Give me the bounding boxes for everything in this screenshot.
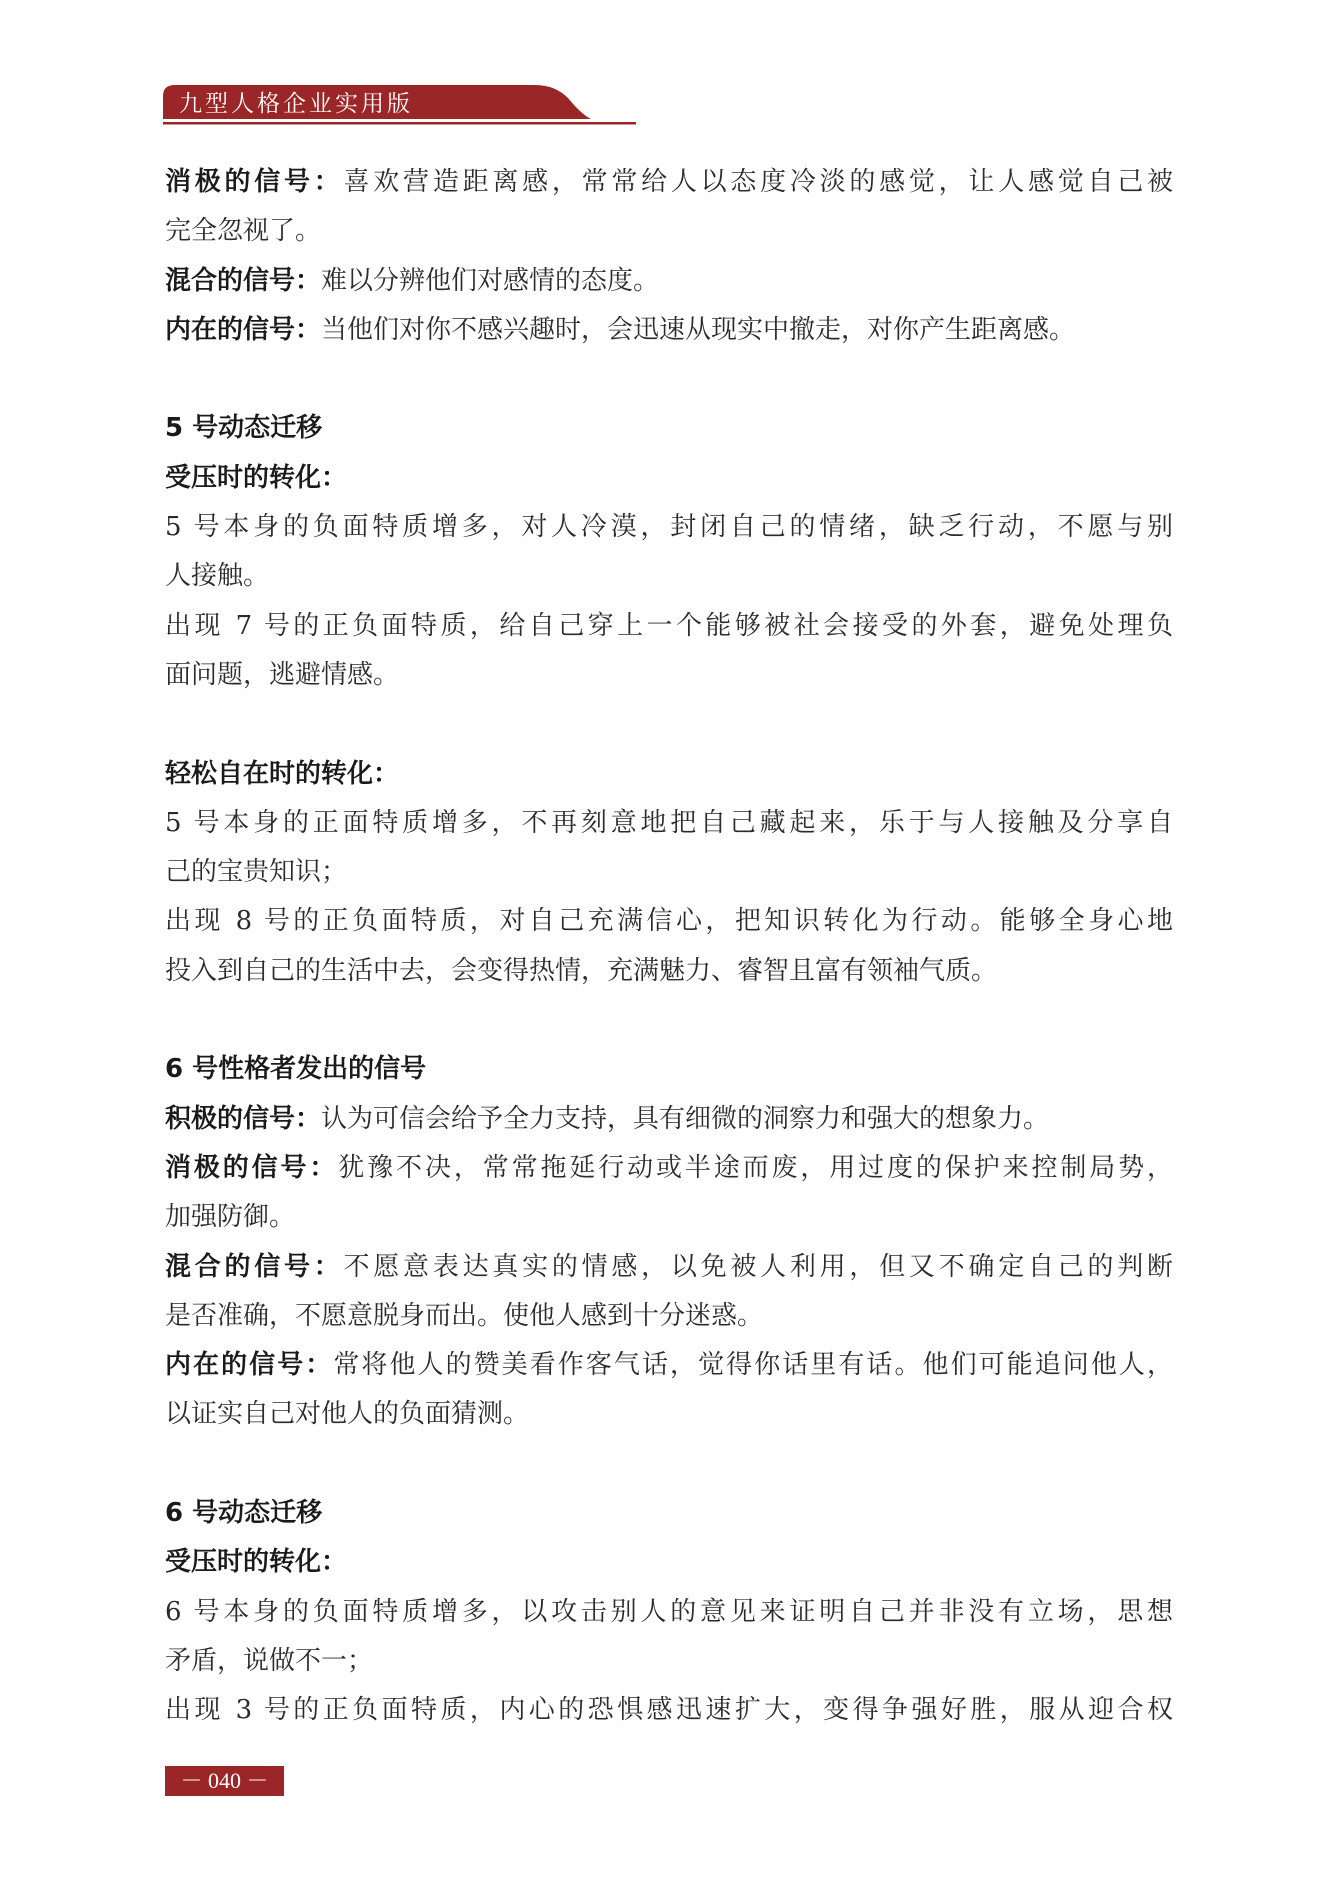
page-body: 消极的信号：喜欢营造距离感，常常给人以态度冷淡的感觉，让人感觉自己被完全忽视了。…: [165, 158, 1173, 1736]
section-heading: 6 号动态迁移: [165, 1489, 1173, 1538]
body-line: 出现 3 号的正负面特质，内心的恐惧感迅速扩大，变得争强好胜，服从迎合权: [165, 1686, 1173, 1735]
body-line: 消极的信号：喜欢营造距离感，常常给人以态度冷淡的感觉，让人感觉自己被: [165, 158, 1173, 207]
body-line: 人接触。: [165, 552, 1173, 601]
section-heading: 轻松自在时的转化：: [165, 750, 1173, 799]
blank-line: [165, 355, 1173, 404]
body-text: 加强防御。: [165, 1202, 295, 1232]
body-line: 己的宝贵知识；: [165, 848, 1173, 897]
body-line: 积极的信号：认为可信会给予全力支持，具有细微的洞察力和强大的想象力。: [165, 1095, 1173, 1144]
body-text: 是否准确，不愿意脱身而出。使他人感到十分迷惑。: [165, 1301, 763, 1331]
body-text: 6 号本身的负面特质增多，以攻击别人的意见来证明自己并非没有立场，思想: [165, 1597, 1173, 1627]
body-text: 喜欢营造距离感，常常给人以态度冷淡的感觉，让人感觉自己被: [344, 167, 1173, 197]
body-line: 5 号本身的正面特质增多，不再刻意地把自己藏起来，乐于与人接触及分享自: [165, 799, 1173, 848]
body-text: 常将他人的赞美看作客气话，觉得你话里有话。他们可能追问他人，: [333, 1350, 1173, 1380]
heading-text: 轻松自在时的转化：: [165, 759, 399, 789]
section-heading: 受压时的转化：: [165, 454, 1173, 503]
blank-line: [165, 1440, 1173, 1489]
body-line: 内在的信号：当他们对你不感兴趣时，会迅速从现实中撤走，对你产生距离感。: [165, 306, 1173, 355]
body-text: 投入到自己的生活中去，会变得热情，充满魅力、睿智且富有领袖气质。: [165, 956, 997, 986]
heading-text: 受压时的转化：: [165, 1547, 347, 1577]
body-text: 难以分辨他们对感情的态度。: [321, 266, 659, 296]
body-text: 不愿意表达真实的情感，以免被人利用，但又不确定自己的判断: [344, 1252, 1173, 1282]
body-text: 矛盾，说做不一；: [165, 1646, 373, 1676]
heading-text: 受压时的转化：: [165, 463, 347, 493]
body-line: 混合的信号：难以分辨他们对感情的态度。: [165, 257, 1173, 306]
body-line: 投入到自己的生活中去，会变得热情，充满魅力、睿智且富有领袖气质。: [165, 947, 1173, 996]
signal-label: 消极的信号：: [165, 1153, 338, 1183]
section-heading: 6 号性格者发出的信号: [165, 1045, 1173, 1094]
running-header: 九型人格企业实用版: [163, 84, 638, 126]
body-line: 加强防御。: [165, 1193, 1173, 1242]
body-line: 消极的信号：犹豫不决，常常拖延行动或半途而废，用过度的保护来控制局势，: [165, 1144, 1173, 1193]
body-line: 出现 7 号的正负面特质，给自己穿上一个能够被社会接受的外套，避免处理负: [165, 602, 1173, 651]
body-text: 出现 3 号的正负面特质，内心的恐惧感迅速扩大，变得争强好胜，服从迎合权: [165, 1695, 1173, 1725]
body-text: 面问题，逃避情感。: [165, 660, 399, 690]
body-line: 混合的信号：不愿意表达真实的情感，以免被人利用，但又不确定自己的判断: [165, 1243, 1173, 1292]
book-title: 九型人格企业实用版: [179, 88, 413, 120]
body-text: 认为可信会给予全力支持，具有细微的洞察力和强大的想象力。: [321, 1104, 1049, 1134]
body-line: 6 号本身的负面特质增多，以攻击别人的意见来证明自己并非没有立场，思想: [165, 1588, 1173, 1637]
signal-label: 消极的信号：: [165, 167, 344, 197]
body-text: 己的宝贵知识；: [165, 857, 347, 887]
body-text: 出现 7 号的正负面特质，给自己穿上一个能够被社会接受的外套，避免处理负: [165, 611, 1173, 641]
section-heading: 5 号动态迁移: [165, 404, 1173, 453]
body-text: 5 号本身的正面特质增多，不再刻意地把自己藏起来，乐于与人接触及分享自: [165, 808, 1173, 838]
blank-line: [165, 996, 1173, 1045]
body-text: 犹豫不决，常常拖延行动或半途而废，用过度的保护来控制局势，: [338, 1153, 1173, 1183]
body-line: 出现 8 号的正负面特质，对自己充满信心，把知识转化为行动。能够全身心地: [165, 897, 1173, 946]
body-line: 矛盾，说做不一；: [165, 1637, 1173, 1686]
signal-label: 混合的信号：: [165, 1252, 344, 1282]
body-line: 完全忽视了。: [165, 207, 1173, 256]
heading-text: 6 号动态迁移: [165, 1498, 322, 1528]
body-line: 以证实自己对他人的负面猜测。: [165, 1390, 1173, 1439]
body-text: 完全忽视了。: [165, 216, 321, 246]
signal-label: 内在的信号：: [165, 315, 321, 345]
signal-label: 积极的信号：: [165, 1104, 321, 1134]
section-heading: 受压时的转化：: [165, 1538, 1173, 1587]
body-line: 5 号本身的负面特质增多，对人冷漠，封闭自己的情绪，缺乏行动，不愿与别: [165, 503, 1173, 552]
body-text: 以证实自己对他人的负面猜测。: [165, 1399, 529, 1429]
body-line: 是否准确，不愿意脱身而出。使他人感到十分迷惑。: [165, 1292, 1173, 1341]
body-text: 出现 8 号的正负面特质，对自己充满信心，把知识转化为行动。能够全身心地: [165, 906, 1173, 936]
body-text: 人接触。: [165, 561, 269, 591]
body-text: 5 号本身的负面特质增多，对人冷漠，封闭自己的情绪，缺乏行动，不愿与别: [165, 512, 1173, 542]
body-text: 当他们对你不感兴趣时，会迅速从现实中撤走，对你产生距离感。: [321, 315, 1075, 345]
heading-text: 6 号性格者发出的信号: [165, 1054, 426, 1084]
page-number: － 040 －: [165, 1766, 284, 1796]
signal-label: 内在的信号：: [165, 1350, 333, 1380]
heading-text: 5 号动态迁移: [165, 413, 322, 443]
blank-line: [165, 700, 1173, 749]
body-line: 内在的信号：常将他人的赞美看作客气话，觉得你话里有话。他们可能追问他人，: [165, 1341, 1173, 1390]
body-line: 面问题，逃避情感。: [165, 651, 1173, 700]
signal-label: 混合的信号：: [165, 266, 321, 296]
